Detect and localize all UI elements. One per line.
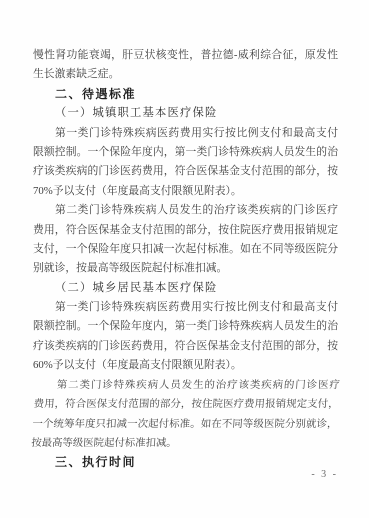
text-line: 别就诊，按最高等级医院起付标准扣减。 [33,259,338,278]
document-page: 慢性肾功能衰竭，肝豆状核变性，普拉德-威利综合征，原发性生长激素缺乏症。二、待遇… [0,0,369,518]
text-line: 第一类门诊特殊疾病医药费用实行按比例支付和最高支付 [33,298,338,317]
text-line: 60%予以支付（年度最高支付限额见附表）。 [33,356,338,375]
text-line: 一个统筹年度只扣减一次起付标准。如在不同等级医院分别就诊， [32,414,338,433]
text-line: 生长激素缺乏症。 [33,65,338,84]
text-line: 限额控制。一个保险年度内，第一类门诊特殊疾病人员发生的治 [33,143,338,162]
paragraph: 第一类门诊特殊疾病医药费用实行按比例支付和最高支付限额控制。一个保险年度内，第一… [33,298,338,376]
text-line: 第一类门诊特殊疾病医药费用实行按比例支付和最高支付 [33,124,338,143]
section-heading: 三、执行时间 [33,453,338,472]
paragraph: 第二类门诊特殊疾病人员发生的治疗该类疾病的门诊医疗费用，符合医保基金支付范围的部… [33,201,338,279]
text-line: 第二类门诊特殊疾病人员发生的治疗该类疾病的门诊医疗 [34,376,340,395]
page-number: - 3 - [311,468,338,482]
text-line: 支付，一个保险年度只扣减一次起付标准。如在不同等级医院分 [33,240,338,259]
text-line: 按最高等级医院起付标准扣减。 [31,434,337,453]
text-line: 费用，符合医保支付范围的部分，按住院医疗费用报销规定支付， [33,395,339,414]
subsection-heading: （二）城乡居民基本医疗保险 [33,279,338,298]
paragraph: 第一类门诊特殊疾病医药费用实行按比例支付和最高支付限额控制。一个保险年度内，第一… [33,124,338,202]
section-heading: 二、待遇标准 [33,85,338,104]
text-line: 第二类门诊特殊疾病人员发生的治疗该类疾病的门诊医疗 [33,201,338,220]
text-line: 限额控制。一个保险年度内，第一类门诊特殊疾病人员发生的治 [33,317,338,336]
text-line: 慢性肾功能衰竭，肝豆状核变性，普拉德-威利综合征，原发性 [33,46,338,65]
paragraph: 第二类门诊特殊疾病人员发生的治疗该类疾病的门诊医疗费用，符合医保支付范围的部分，… [31,376,341,454]
text-line: 疗该类疾病的门诊医药费用，符合医保基金支付范围的部分，按 [33,337,338,356]
text-line: 70%予以支付（年度最高支付限额见附表）。 [33,182,338,201]
text-line: 费用，符合医保基金支付范围的部分，按住院医疗费用报销规定 [33,221,338,240]
subsection-heading: （一）城镇职工基本医疗保险 [33,104,338,123]
text-line: 疗该类疾病的门诊医药费用，符合医保基金支付范围的部分，按 [33,162,338,181]
paragraph: 慢性肾功能衰竭，肝豆状核变性，普拉德-威利综合征，原发性生长激素缺乏症。 [33,46,338,85]
document-content: 慢性肾功能衰竭，肝豆状核变性，普拉德-威利综合征，原发性生长激素缺乏症。二、待遇… [33,46,338,473]
